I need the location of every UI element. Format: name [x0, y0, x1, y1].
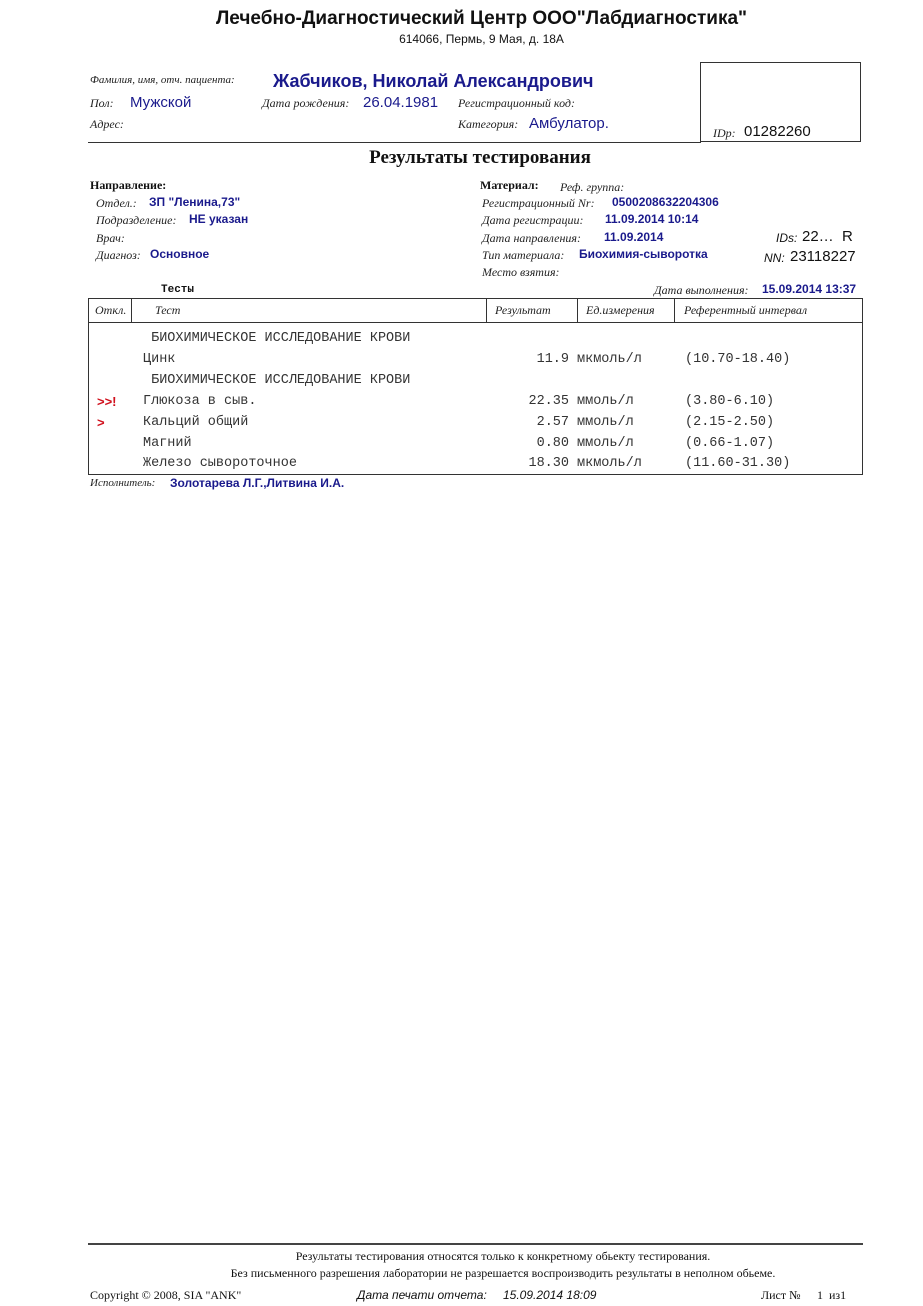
test-reference: (3.80-6.10) — [685, 394, 774, 409]
table-row: Магний 0.80 ммоль/л (0.66-1.07) — [89, 436, 862, 457]
subdivision-value: НЕ указан — [189, 212, 248, 226]
nn-value: 23118227 — [790, 248, 856, 265]
reg-date-value: 11.09.2014 10:14 — [605, 212, 698, 226]
table-row: > Кальций общий 2.57 ммоль/л (2.15-2.50) — [89, 415, 862, 436]
test-unit: ммоль/л — [577, 394, 634, 409]
test-reference: (11.60-31.30) — [685, 456, 790, 471]
sex-value: Мужской — [130, 94, 191, 111]
referral-date-label: Дата направления: — [482, 231, 581, 246]
reg-date-label: Дата регистрации: — [482, 213, 583, 228]
reg-nr-value: 0500208632204306 — [612, 195, 719, 209]
ids-value: 22… R — [802, 228, 853, 245]
ids-label: IDs: — [776, 231, 797, 245]
test-reference: (10.70-18.40) — [685, 352, 790, 367]
test-name: Глюкоза в сыв. — [143, 394, 256, 409]
table-row: Цинк 11.9 мкмоль/л (10.70-18.40) — [89, 352, 862, 373]
test-name: Кальций общий — [143, 415, 248, 430]
results-table: Откл. Тест Результат Ед.измерения Рефере… — [88, 298, 863, 475]
test-result: 11.9 — [479, 352, 569, 367]
test-name: БИОХИМИЧЕСКОЕ ИССЛЕДОВАНИЕ КРОВИ — [143, 331, 410, 346]
diagnosis-value: Основное — [150, 247, 209, 261]
sheet-label: Лист № — [761, 1288, 801, 1303]
referral-heading: Направление: — [90, 178, 166, 193]
test-reference: (0.66-1.07) — [685, 436, 774, 451]
material-type-label: Тип материала: — [482, 248, 564, 263]
category-value: Амбулатор. — [529, 115, 609, 132]
subdivision-label: Подразделение: — [96, 213, 176, 228]
footer-divider — [88, 1243, 863, 1245]
column-divider — [577, 299, 578, 323]
test-unit: ммоль/л — [577, 415, 634, 430]
test-result: 0.80 — [479, 436, 569, 451]
test-unit: мкмоль/л — [577, 352, 642, 367]
column-header-result: Результат — [495, 303, 551, 318]
test-unit: мкмоль/л — [577, 456, 642, 471]
doctor-label: Врач: — [96, 231, 125, 246]
test-name: Железо сывороточное — [143, 456, 297, 471]
table-header: Откл. Тест Результат Ед.измерения Рефере… — [89, 299, 862, 323]
reg-nr-label: Регистрационный Nr: — [482, 196, 595, 211]
idp-label: IDp: — [713, 126, 736, 141]
column-header-test: Тест — [155, 303, 180, 318]
performer-names: Золотарева Л.Г.,Литвина И.А. — [170, 476, 344, 490]
department-label: Отдел.: — [96, 196, 137, 211]
test-name: Цинк — [143, 352, 175, 367]
completion-date-value: 15.09.2014 13:37 — [762, 282, 856, 296]
disclaimer-line-1: Результаты тестирования относятся только… — [0, 1249, 923, 1264]
organization-title: Лечебно-Диагностический Центр ООО"Лабдиа… — [0, 8, 923, 30]
print-date-label: Дата печати отчета: — [357, 1288, 487, 1302]
column-header-reference: Референтный интервал — [684, 303, 807, 318]
table-row: БИОХИМИЧЕСКОЕ ИССЛЕДОВАНИЕ КРОВИ — [89, 373, 862, 394]
deviation-flag: > — [97, 415, 105, 430]
sheet-value: 1 из1 — [817, 1288, 846, 1303]
referral-date-value: 11.09.2014 — [604, 230, 663, 244]
idp-value: 01282260 — [744, 123, 811, 140]
sampling-place-label: Место взятия: — [482, 265, 560, 280]
material-type-value: Биохимия-сыворотка — [579, 247, 708, 261]
test-name: Магний — [143, 436, 192, 451]
patient-name: Жабчиков, Николай Александрович — [273, 71, 594, 92]
column-header-unit: Ед.измерения — [586, 303, 655, 318]
tests-heading: Тесты — [161, 284, 194, 296]
sex-label: Пол: — [90, 96, 114, 111]
nn-label: NN: — [764, 251, 785, 265]
test-result: 22.35 — [479, 394, 569, 409]
column-divider — [131, 299, 132, 323]
dob-value: 26.04.1981 — [363, 94, 438, 111]
column-divider — [486, 299, 487, 323]
test-name: БИОХИМИЧЕСКОЕ ИССЛЕДОВАНИЕ КРОВИ — [143, 373, 410, 388]
dob-label: Дата рождения: — [262, 96, 349, 111]
patient-name-label: Фамилия, имя, отч. пациента: — [90, 74, 235, 86]
material-heading: Материал: — [480, 178, 539, 193]
address-label: Адрес: — [90, 117, 124, 132]
print-date-value: 15.09.2014 18:09 — [503, 1288, 596, 1302]
test-reference: (2.15-2.50) — [685, 415, 774, 430]
column-header-deviation: Откл. — [95, 303, 126, 318]
deviation-flag: >>! — [97, 394, 117, 409]
report-title: Результаты тестирования — [0, 147, 923, 169]
test-unit: ммоль/л — [577, 436, 634, 451]
diagnosis-label: Диагноз: — [96, 248, 141, 263]
header-divider — [88, 142, 701, 143]
table-row: Железо сывороточное 18.30 мкмоль/л (11.6… — [89, 456, 862, 477]
test-result: 18.30 — [479, 456, 569, 471]
category-label: Категория: — [458, 117, 518, 132]
column-divider — [674, 299, 675, 323]
copyright: Copyright © 2008, SIA "ANK" — [90, 1288, 241, 1303]
disclaimer-line-2: Без письменного разрешения лаборатории н… — [0, 1266, 923, 1281]
reg-code-label: Регистрационный код: — [458, 96, 575, 111]
completion-date-label: Дата выполнения: — [654, 283, 749, 298]
table-row: БИОХИМИЧЕСКОЕ ИССЛЕДОВАНИЕ КРОВИ — [89, 331, 862, 352]
performer-label: Исполнитель: — [90, 477, 155, 489]
test-result: 2.57 — [479, 415, 569, 430]
table-row: >>! Глюкоза в сыв. 22.35 ммоль/л (3.80-6… — [89, 394, 862, 415]
organization-address: 614066, Пермь, 9 Мая, д. 18А — [0, 32, 923, 46]
ref-group-label: Реф. группа: — [560, 180, 624, 195]
department-value: ЗП "Ленина,73" — [149, 195, 240, 209]
